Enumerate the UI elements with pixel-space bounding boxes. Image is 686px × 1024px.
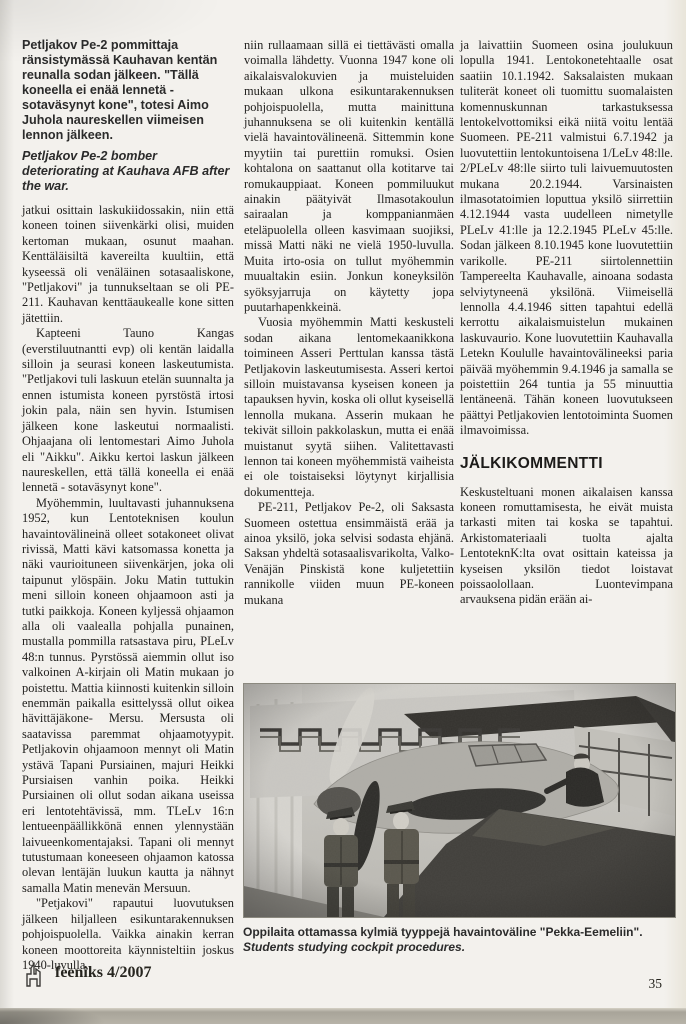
page-footer: feeniks 4/2007 35 bbox=[24, 962, 662, 992]
column-3: ja laivattiin Suomeen osina joulukuun lo… bbox=[460, 38, 673, 608]
section-heading: JÄLKIKOMMENTTI bbox=[460, 455, 673, 473]
top-caption-english: Petljakov Pe-2 bomber deteriorating at K… bbox=[22, 149, 234, 194]
body-paragraph: Vuosia myöhemmin Matti keskusteli sodan … bbox=[244, 315, 454, 500]
body-paragraph: PE-211, Petljakov Pe-2, oli Saksasta Suo… bbox=[244, 500, 454, 608]
magazine-page: Petljakov Pe-2 pommittaja ränsistymässä … bbox=[0, 0, 686, 1024]
photo-caption-english: Students studying cockpit procedures. bbox=[243, 940, 675, 955]
journal-title: feeniks 4/2007 bbox=[55, 962, 151, 982]
photo-illustration bbox=[244, 684, 675, 917]
body-paragraph: ja laivattiin Suomeen osina joulukuun lo… bbox=[460, 38, 673, 439]
body-paragraph: niin rullaamaan sillä ei tiettävästi oma… bbox=[244, 38, 454, 315]
column-2: niin rullaamaan sillä ei tiettävästi oma… bbox=[244, 38, 454, 608]
body-paragraph: Myöhemmin, luultavasti juhannuksena 1952… bbox=[22, 496, 234, 897]
body-paragraph: jatkui osittain laskukiidossakin, niin e… bbox=[22, 203, 234, 326]
top-caption-finnish: Petljakov Pe-2 pommittaja ränsistymässä … bbox=[22, 38, 234, 143]
feeniks-logo-icon bbox=[24, 962, 46, 988]
photo-caption-finnish: Oppilaita ottamassa kylmiä tyyppejä hava… bbox=[243, 925, 675, 940]
photo-students-aircraft bbox=[243, 683, 676, 918]
photo-caption: Oppilaita ottamassa kylmiä tyyppejä hava… bbox=[243, 925, 675, 955]
scan-edge bbox=[0, 1008, 686, 1024]
photo-vignette bbox=[244, 684, 675, 917]
page-number: 35 bbox=[649, 962, 663, 992]
column-1: Petljakov Pe-2 pommittaja ränsistymässä … bbox=[22, 38, 234, 973]
body-paragraph: Kapteeni Tauno Kangas (everstiluutnantti… bbox=[22, 326, 234, 495]
body-paragraph: Keskusteltuani monen aikalaisen kanssa k… bbox=[460, 485, 673, 608]
